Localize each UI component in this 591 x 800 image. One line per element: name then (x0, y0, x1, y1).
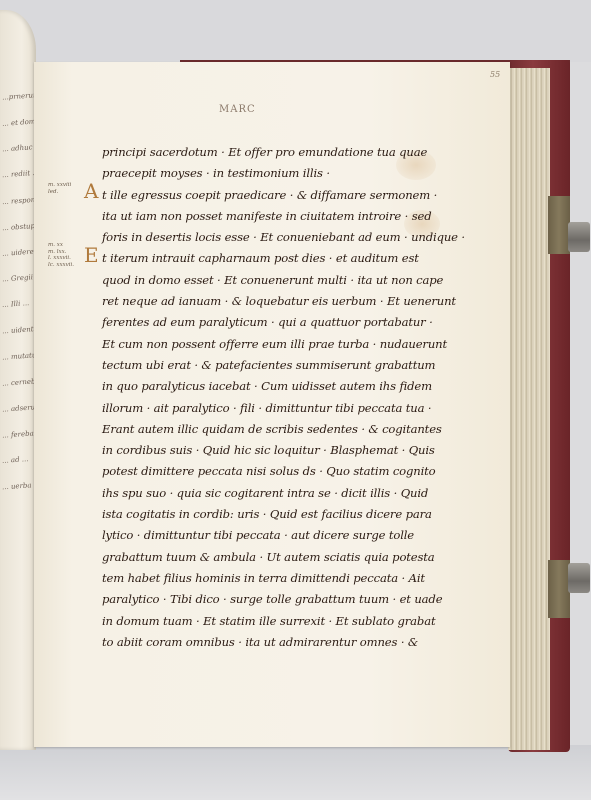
text-line: Et cum non possent offerre eum illi prae… (102, 334, 442, 355)
text-line: principi sacerdotum · Et offer pro emund… (102, 142, 442, 163)
left-page-text: ... adhuc ... (2, 143, 36, 154)
lower-clasp-strap (548, 560, 570, 618)
text-line: praecepit moyses · in testimonium illis … (102, 163, 442, 184)
text-line: ista cogitatis in cordib: uris · Quid es… (102, 504, 442, 525)
left-page-text: ... respondeunt ... (2, 194, 36, 206)
initial-e: E (84, 243, 99, 267)
left-page-text: ... uident ... (2, 325, 36, 336)
text-line: foris in desertis locis esse · Et conuen… (102, 227, 442, 248)
text-line: paralytico · Tibi dico · surge tolle gra… (102, 589, 442, 610)
text-line: grabattum tuum & ambula · Ut autem sciat… (102, 547, 442, 568)
left-page-text: ... rediit ... (2, 169, 36, 180)
text-line: ita ut iam non posset manifeste in ciuit… (102, 206, 442, 227)
text-line: lytico · dimittuntur tibi peccata · aut … (102, 525, 442, 546)
text-block: principi sacerdotum · Et offer pro emund… (102, 142, 442, 653)
left-page-text: ... ad ... (2, 455, 29, 465)
text-line: to abiit coram omnibus · ita ut admirare… (102, 632, 442, 653)
left-page-text: ... cernebat ... (2, 376, 36, 387)
background-bottom (0, 745, 591, 800)
text-line: tectum ubi erat · & patefacientes summis… (102, 355, 442, 376)
initial-a: A (84, 179, 98, 203)
text-line: illorum · ait paralytico · fili · dimitt… (102, 398, 442, 419)
left-page-text: ... ferebant ... (2, 428, 36, 439)
text-line: in domum tuam · Et statim ille surrexit … (102, 611, 442, 632)
text-line: ret neque ad ianuam · & loquebatur eis u… (102, 291, 442, 312)
upper-clasp-pin-icon (568, 222, 590, 252)
text-line: Erant autem illic quidam de scribis sede… (102, 419, 442, 440)
left-page-text: ... obstupescent ... (2, 220, 36, 233)
running-head: MARC (219, 104, 256, 115)
background-top (0, 0, 591, 62)
text-line: potest dimittere peccata nisi solus ds ·… (102, 461, 442, 482)
text-line: t ille egressus coepit praedicare · & di… (102, 185, 442, 206)
text-line: ihs spu suo · quia sic cogitarent intra … (102, 483, 442, 504)
margin-note-1: m. xxviii led. (48, 182, 71, 195)
left-page-text: ... et domino ... (2, 116, 36, 128)
left-page-text: ... Gregii ... (2, 273, 36, 284)
left-page-text: ... uidereunt ... (2, 246, 36, 258)
left-page-text: ... adseruit ... (2, 402, 36, 413)
lower-clasp-pin-icon (568, 563, 590, 593)
text-line: ferentes ad eum paralyticum · qui a quat… (102, 312, 442, 333)
text-line: tem habet filius hominis in terra dimitt… (102, 568, 442, 589)
left-page-text: ... Illi ... (2, 299, 30, 309)
left-page-text: ... mutatus ... (2, 350, 36, 361)
text-line: quod in domo esset · Et conuenerunt mult… (102, 270, 442, 291)
left-facing-page: ...prnerunt ...... et domino ...... adhu… (0, 10, 36, 750)
manuscript-page: 55 MARC m. xxviii led. m. xx m. lxx. l. … (34, 62, 510, 747)
left-page-text: ... uerba ... (2, 481, 36, 492)
page-edges (508, 68, 550, 750)
upper-clasp-strap (548, 196, 570, 254)
margin-note-2: m. xx m. lxx. l. xxxvii. lc. xxxvii. (48, 242, 74, 268)
text-line: in quo paralyticus iacebat · Cum uidisse… (102, 376, 442, 397)
text-line: in cordibus suis · Quid hic sic loquitur… (102, 440, 442, 461)
left-page-text: ...prnerunt ... (2, 90, 36, 101)
folio-number: 55 (490, 70, 500, 79)
text-line: t iterum intrauit capharnaum post dies ·… (102, 248, 442, 269)
